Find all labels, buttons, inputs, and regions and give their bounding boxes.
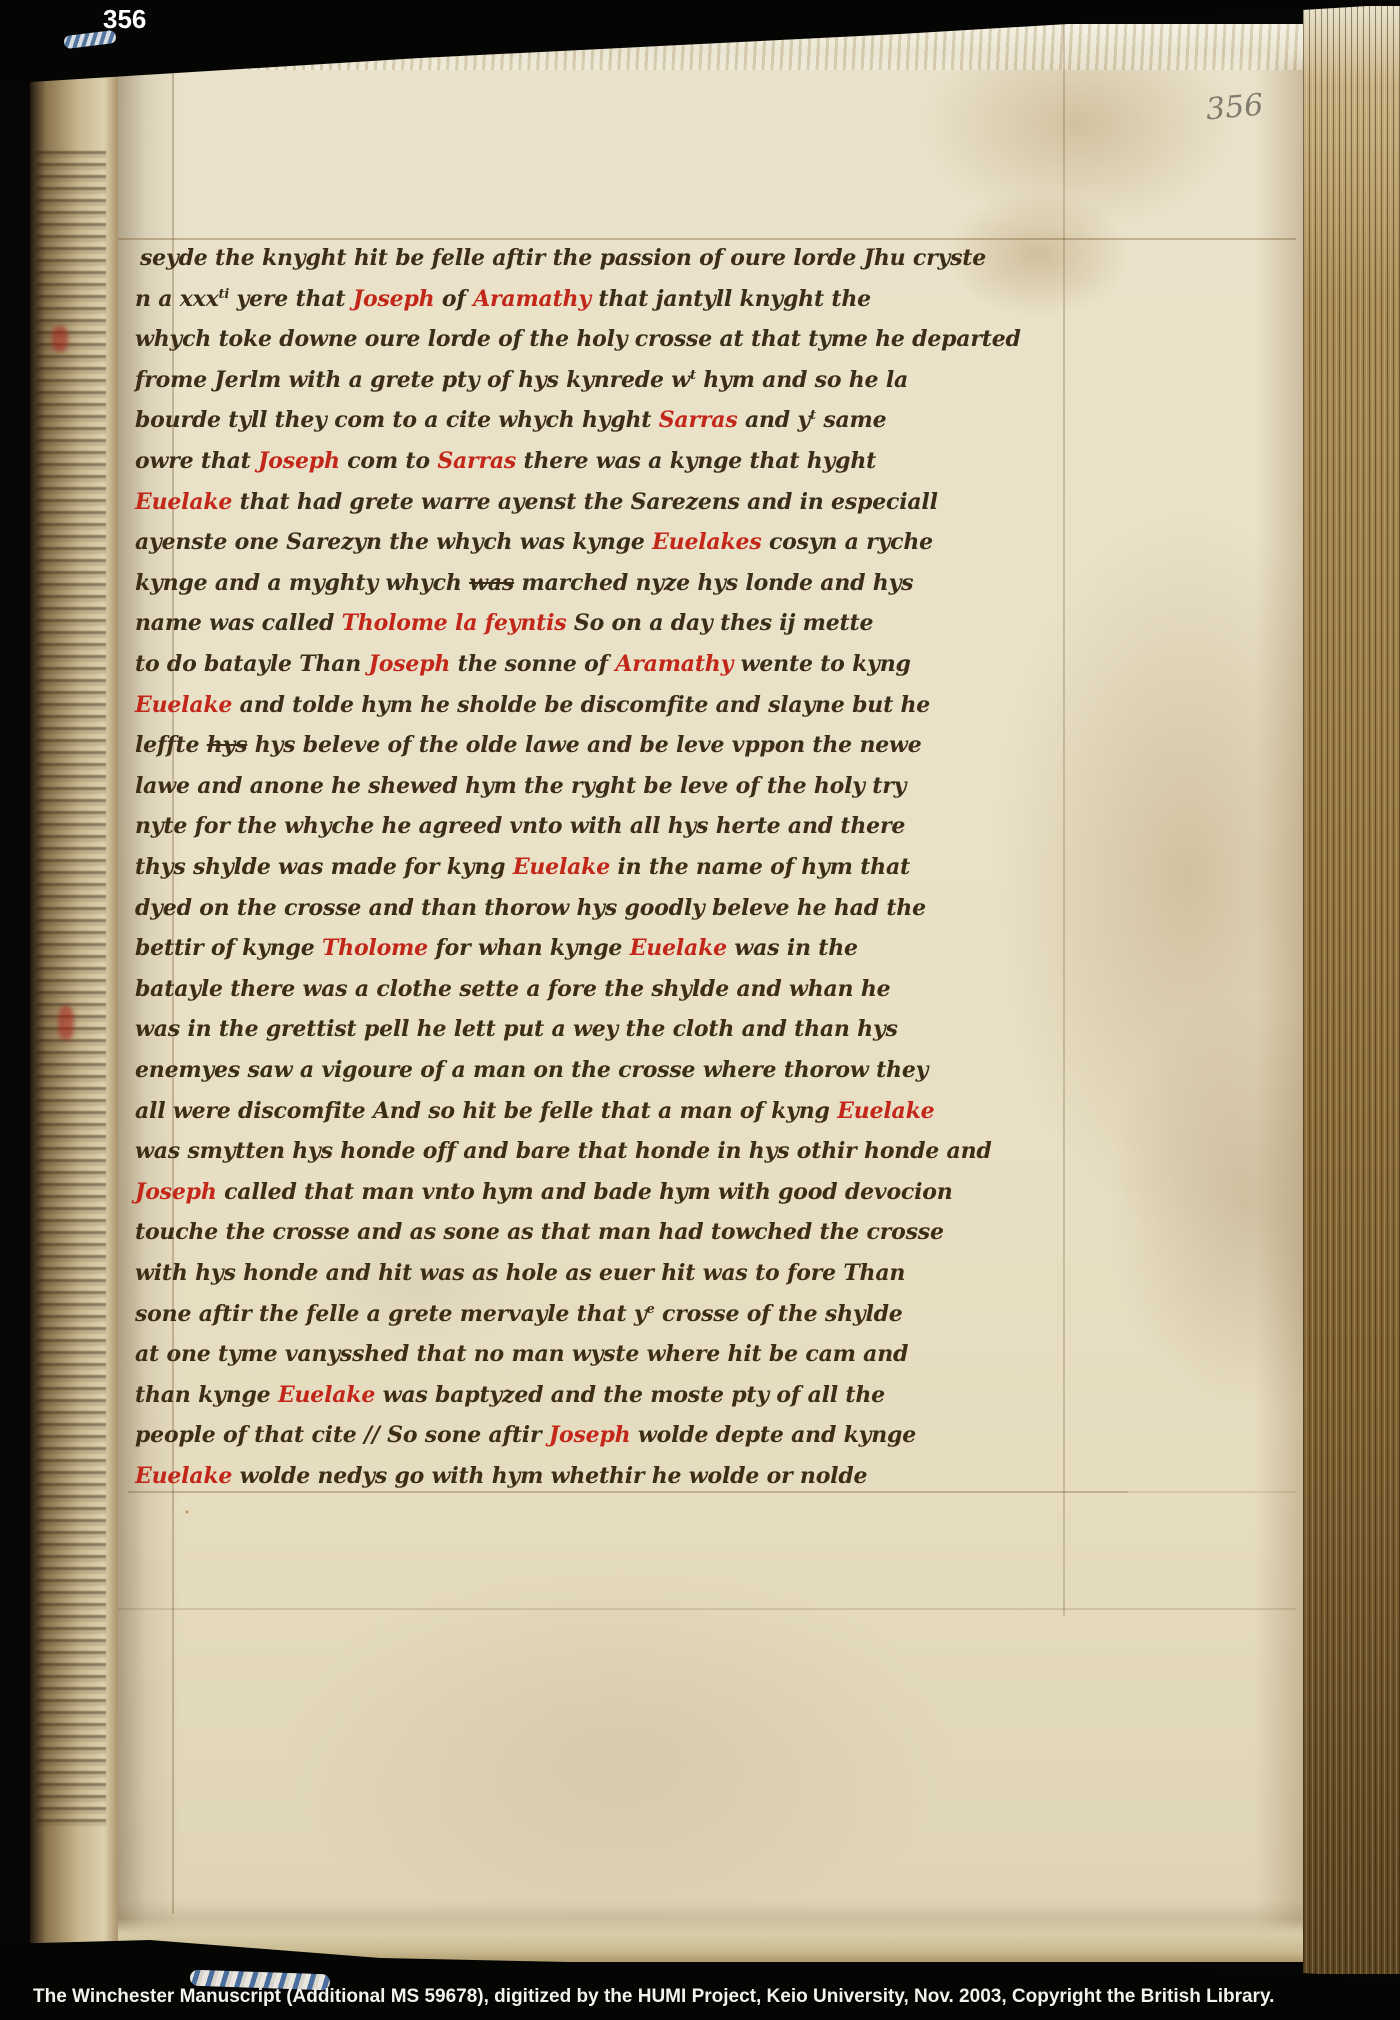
ink-text: yere that [229, 286, 353, 312]
ink-text: leffte [135, 732, 207, 758]
rubric-word: Euelake [135, 1463, 232, 1489]
manuscript-line: Joseph called that man vnto hym and bade… [135, 1179, 953, 1205]
manuscript-page: seyde the knyght hit be felle aftir the … [118, 24, 1310, 1962]
ink-text: people of that cite // So sone aftir [135, 1422, 549, 1448]
folio-number-pencil: 356 [1205, 88, 1265, 128]
manuscript-line: Euelake and tolde hym he sholde be disco… [135, 692, 930, 718]
ink-text: crosse of the shylde [655, 1301, 903, 1327]
ink-text: with hys honde and hit was as hole as eu… [135, 1260, 905, 1286]
manuscript-line: enemyes saw a vigoure of a man on the cr… [135, 1057, 928, 1083]
ink-text: sone aftir the felle a grete mervayle th… [135, 1301, 646, 1327]
ink-text: was smytten hys honde off and bare that … [135, 1138, 992, 1164]
rubric-word: Joseph [353, 286, 435, 312]
rubric-word: Euelake [630, 935, 727, 961]
manuscript-line: all were discomfite And so hit be felle … [135, 1098, 934, 1124]
ink-text: bettir of kynge [135, 935, 322, 961]
ink-text: was [469, 570, 514, 596]
ink-text: So on a day thes ij mette [566, 610, 873, 636]
ink-text: seyde the knyght hit be felle aftir the … [140, 245, 986, 271]
rubric-word: Euelake [135, 692, 232, 718]
ink-text: wolde depte and kynge [630, 1422, 916, 1448]
rubric-word: Joseph [258, 448, 340, 474]
manuscript-line: leffte hys hys beleve of the olde lawe a… [135, 732, 922, 758]
rubric-word: Joseph [135, 1179, 217, 1205]
rubric-word: Aramathy [615, 651, 733, 677]
rubric-word: Sarras [659, 407, 738, 433]
rubric-word: Sarras [437, 448, 516, 474]
manuscript-line: lawe and anone he shewed hym the ryght b… [135, 773, 906, 799]
ink-text: owre that [135, 448, 258, 474]
rubric-word: Euelake [513, 854, 610, 880]
manuscript-line: was in the grettist pell he lett put a w… [135, 1016, 898, 1042]
rubric-word: Aramathy [473, 286, 591, 312]
manuscript-line: dyed on the crosse and than thorow hys g… [135, 895, 926, 921]
manuscript-line: kynge and a myghty whych was marched nyz… [135, 570, 913, 596]
ink-text: that jantyll knyght the [591, 286, 871, 312]
manuscript-line: sone aftir the felle a grete mervayle th… [135, 1301, 903, 1327]
ink-text: whych toke downe oure lorde of the holy … [135, 326, 1021, 352]
manuscript-line: name was called Tholome la feyntis So on… [135, 610, 873, 636]
ink-text: cosyn a ryche [762, 529, 933, 555]
ink-text: wolde nedys go with hym whethir he wolde… [232, 1463, 867, 1489]
manuscript-line: bettir of kynge Tholome for whan kynge E… [135, 935, 858, 961]
facing-page-rubric-smudge [52, 326, 68, 352]
photo-caption: The Winchester Manuscript (Additional MS… [33, 1986, 1393, 2008]
rubric-word: Tholome [322, 935, 428, 961]
ink-text: than kynge [135, 1382, 278, 1408]
ink-text: hys [207, 732, 248, 758]
fore-edge-pages [1303, 6, 1400, 1974]
ink-text: lawe and anone he shewed hym the ryght b… [135, 773, 906, 799]
rubric-word: Joseph [369, 651, 451, 677]
manuscript-line: n a xxxti yere that Joseph of Aramathy t… [135, 286, 871, 312]
manuscript-line: than kynge Euelake was baptyzed and the … [135, 1382, 885, 1408]
ink-text: the sonne of [450, 651, 615, 677]
manuscript-line: with hys honde and hit was as hole as eu… [135, 1260, 905, 1286]
rubric-word: Joseph [549, 1422, 631, 1448]
ink-text: all were discomfite And so hit be felle … [135, 1098, 837, 1124]
ink-text: at one tyme vanysshed that no man wyste … [135, 1341, 908, 1367]
manuscript-line: whych toke downe oure lorde of the holy … [135, 326, 1021, 352]
ink-text: n a xxx [135, 286, 219, 312]
rubric-word: Tholome la feyntis [342, 610, 567, 636]
manuscript-line: to do batayle Than Joseph the sonne of A… [135, 651, 911, 677]
ink-text: in the name of hym that [610, 854, 910, 880]
ink-text: that had grete warre ayenst the Sarezens… [232, 489, 938, 515]
ink-text: was baptyzed and the moste pty of all th… [375, 1382, 885, 1408]
ink-text: and y [738, 407, 811, 433]
manuscript-line: batayle there was a clothe sette a fore … [135, 976, 890, 1002]
manuscript-line: was smytten hys honde off and bare that … [135, 1138, 992, 1164]
ink-text: wente to kyng [733, 651, 911, 677]
ink-text: there was a kynge that hyght [516, 448, 876, 474]
manuscript-line: bourde tyll they com to a cite whych hyg… [135, 407, 886, 433]
facing-page-edge [30, 26, 120, 1958]
ink-text: hys beleve of the olde lawe and be leve … [247, 732, 921, 758]
rubric-word: Euelake [837, 1098, 934, 1124]
ink-text: enemyes saw a vigoure of a man on the cr… [135, 1057, 928, 1083]
manuscript-line: Euelake that had grete warre ayenst the … [135, 489, 938, 515]
ink-text: of [434, 286, 473, 312]
rubric-word: Euelakes [652, 529, 761, 555]
ink-text: frome Jerlm with a grete pty of hys kynr… [135, 367, 690, 393]
ink-text: called that man vnto hym and bade hym wi… [217, 1179, 953, 1205]
ink-text: name was called [135, 610, 342, 636]
manuscript-line: at one tyme vanysshed that no man wyste … [135, 1341, 908, 1367]
ink-text: bourde tyll they com to a cite whych hyg… [135, 407, 659, 433]
manuscript-line: nyte for the whyche he agreed vnto with … [135, 813, 905, 839]
ink-text: thys shylde was made for kyng [135, 854, 513, 880]
manuscript-line: Euelake wolde nedys go with hym whethir … [135, 1463, 867, 1489]
manuscript-line: seyde the knyght hit be felle aftir the … [140, 245, 986, 271]
ink-text: for whan kynge [428, 935, 630, 961]
corner-page-number: 356 [103, 4, 146, 35]
ink-text: and tolde hym he sholde be discomfite an… [232, 692, 930, 718]
ink-text: com to [340, 448, 438, 474]
manuscript-line: thys shylde was made for kyng Euelake in… [135, 854, 910, 880]
ink-text: to do batayle Than [135, 651, 369, 677]
ink-text: dyed on the crosse and than thorow hys g… [135, 895, 926, 921]
ink-text: kynge and a myghty whych [135, 570, 469, 596]
ink-text: e [646, 1302, 654, 1317]
text-block: seyde the knyght hit be felle aftir the … [118, 24, 1310, 1962]
ink-text: ti [219, 287, 230, 302]
ink-text: nyte for the whyche he agreed vnto with … [135, 813, 905, 839]
manuscript-line: touche the crosse and as sone as that ma… [135, 1219, 944, 1245]
manuscript-line: frome Jerlm with a grete pty of hys kynr… [135, 367, 908, 393]
manuscript-line: people of that cite // So sone aftir Jos… [135, 1422, 916, 1448]
rubric-word: Euelake [135, 489, 232, 515]
rubric-word: Euelake [278, 1382, 375, 1408]
manuscript-line: owre that Joseph com to Sarras there was… [135, 448, 876, 474]
ink-text: was in the grettist pell he lett put a w… [135, 1016, 898, 1042]
ink-text: was in the [727, 935, 858, 961]
ink-text: touche the crosse and as sone as that ma… [135, 1219, 944, 1245]
ink-text: marched nyze hys londe and hys [514, 570, 913, 596]
ink-text: hym and so he la [696, 367, 908, 393]
facing-page-text-blur [36, 146, 106, 1828]
manuscript-line: ayenste one Sarezyn the whych was kynge … [135, 529, 933, 555]
facing-page-rubric-smudge [58, 1006, 74, 1040]
ink-text: ayenste one Sarezyn the whych was kynge [135, 529, 652, 555]
manuscript-photo: seyde the knyght hit be felle aftir the … [0, 0, 1400, 2020]
ink-text: batayle there was a clothe sette a fore … [135, 976, 890, 1002]
ink-text: same [816, 407, 887, 433]
